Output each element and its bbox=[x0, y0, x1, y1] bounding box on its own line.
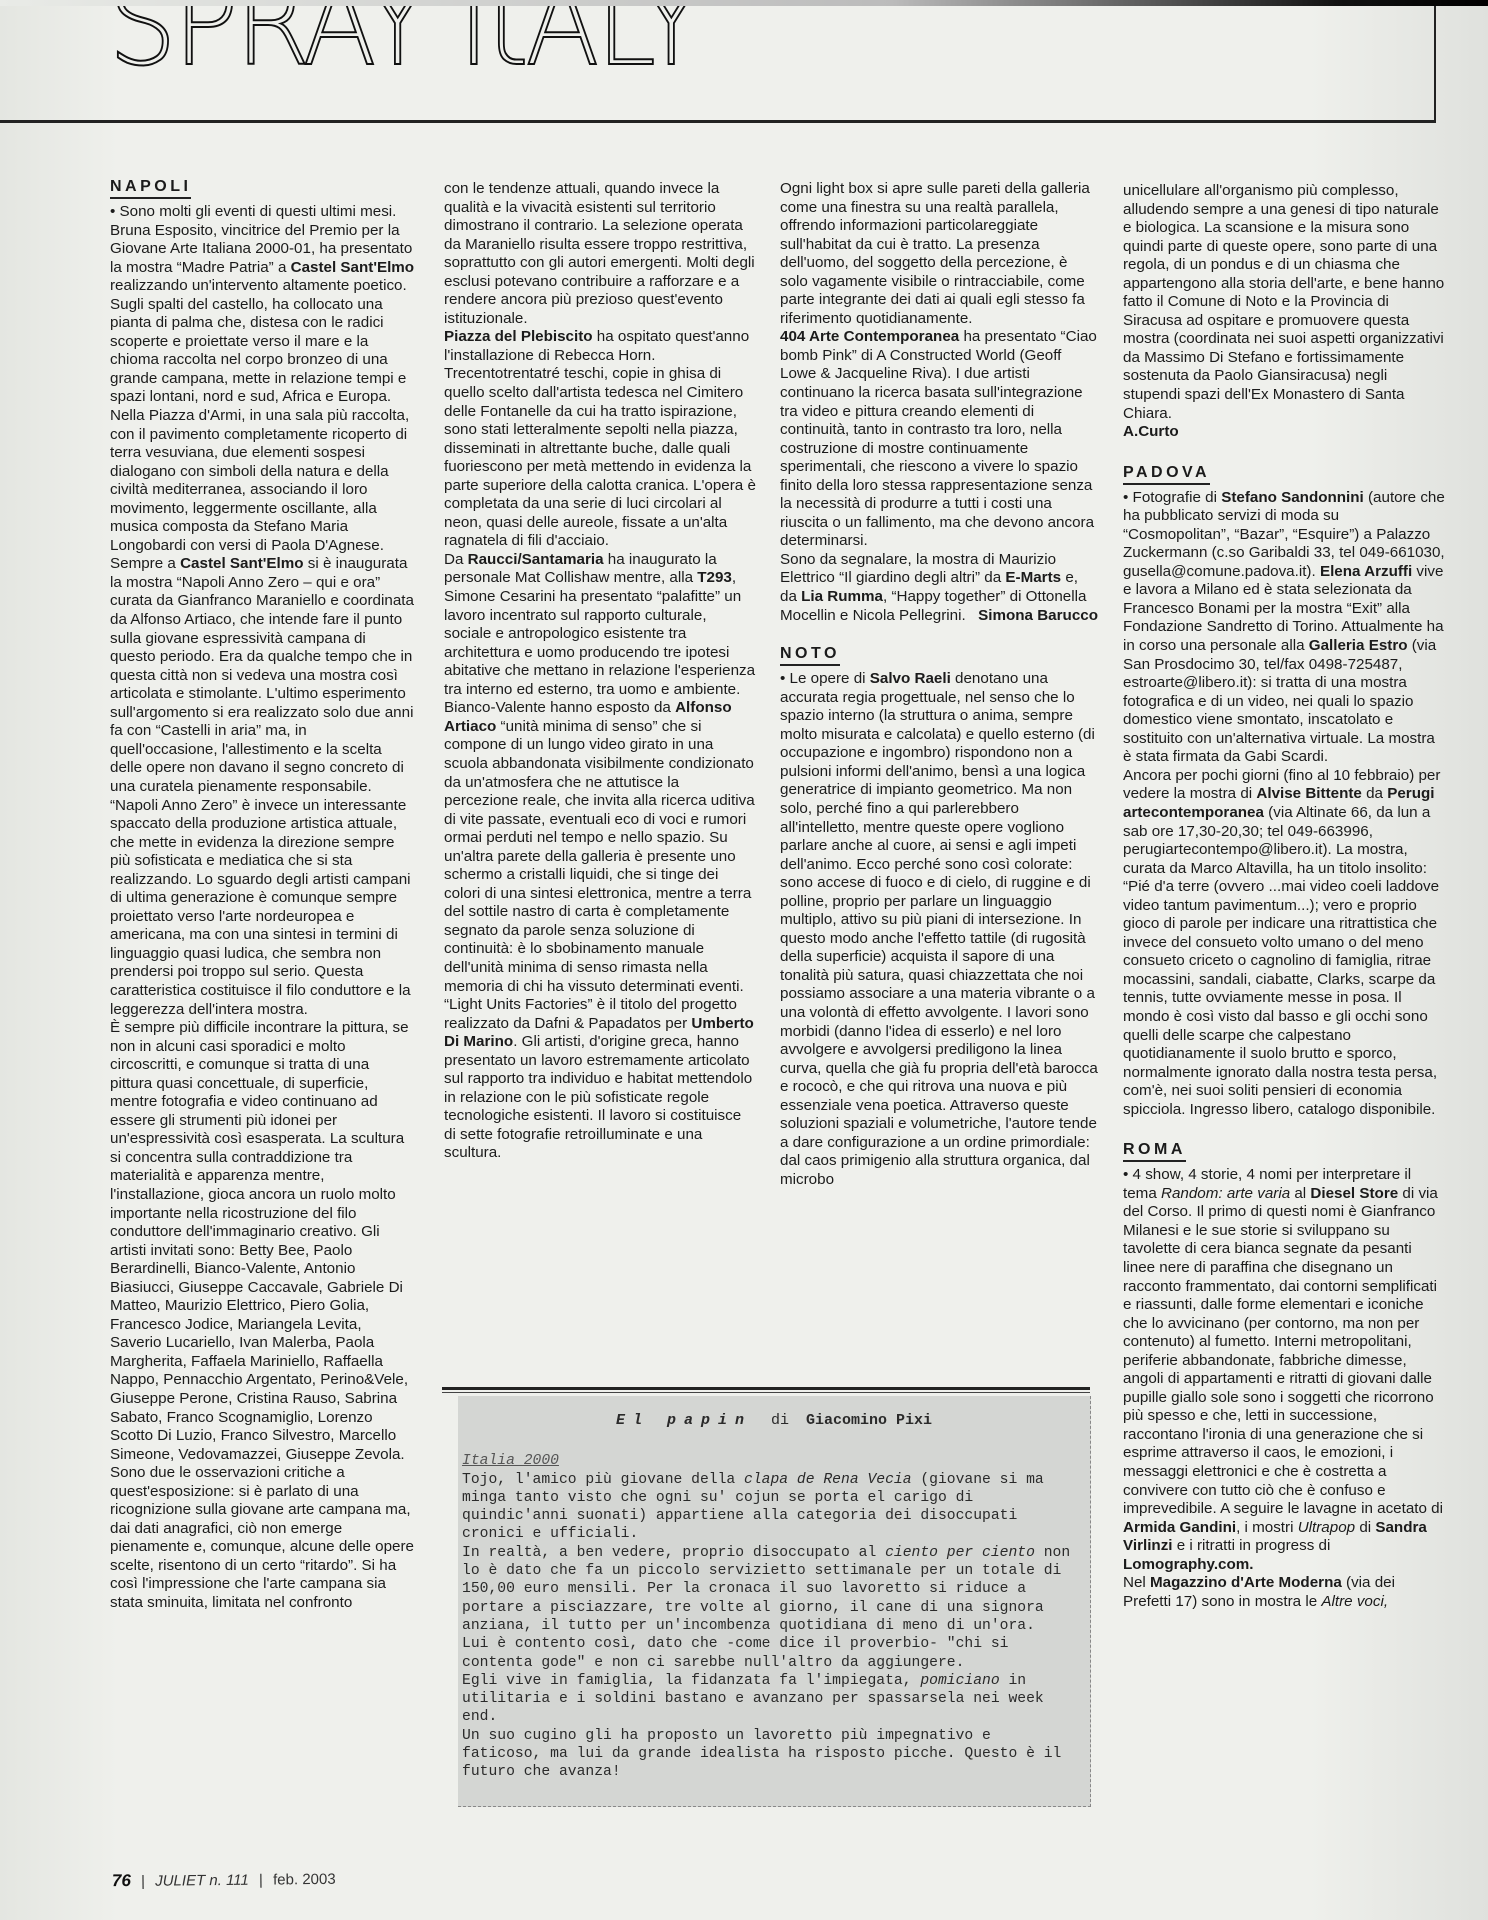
bold-text: Alvise Bittente bbox=[1256, 785, 1362, 802]
italic-text: Random: arte varia bbox=[1161, 1185, 1290, 1202]
paragraph: È sempre più difficile incontrare la pit… bbox=[110, 1019, 415, 1613]
paragraph: Ogni light box si apre sulle pareti dell… bbox=[780, 180, 1098, 328]
bold-text: Castel Sant'Elmo bbox=[291, 259, 414, 276]
bold-text: Piazza del Plebiscito bbox=[444, 328, 593, 345]
napoli-author-signature: Simona Barucco bbox=[978, 607, 1098, 626]
bold-text: Galleria Estro bbox=[1309, 637, 1408, 654]
section-heading-padova: PADOVA bbox=[1123, 464, 1210, 485]
column-2: con le tendenze attuali, quando invece l… bbox=[444, 180, 756, 1163]
paragraph: • Sono molti gli eventi di questi ultimi… bbox=[110, 203, 415, 555]
issue-date: feb. 2003 bbox=[273, 1871, 336, 1889]
bold-text: Lia Rumma bbox=[801, 588, 883, 605]
paragraph: • Le opere di Salvo Raeli denotano una a… bbox=[780, 670, 1098, 1189]
section-heading-noto: NOTO bbox=[780, 645, 840, 666]
page-folio: 76 | JULIET n. 111 | feb. 2003 bbox=[112, 1869, 336, 1891]
italic-text: ciento per ciento bbox=[885, 1545, 1035, 1561]
bold-text: Umberto Di Marino bbox=[444, 1015, 754, 1051]
column-4: unicellulare all'organismo più complesso… bbox=[1123, 182, 1445, 1611]
paragraph: Bianco-Valente hanno esposto da Alfonso … bbox=[444, 699, 756, 996]
bold-text: Diesel Store bbox=[1310, 1185, 1398, 1202]
bold-text: Lomography.com. bbox=[1123, 1556, 1254, 1573]
section-heading-napoli: NAPOLI bbox=[110, 178, 191, 199]
sidebox-top-rule bbox=[442, 1387, 1090, 1390]
paragraph: “Napoli Anno Zero” è invece un interessa… bbox=[110, 797, 415, 1020]
bold-text: T293 bbox=[697, 569, 732, 586]
bold-text: Elena Arzuffi bbox=[1320, 563, 1412, 580]
napoli-body-continued: con le tendenze attuali, quando invece l… bbox=[444, 180, 756, 1163]
italic-text: clapa de Rena Vecia bbox=[744, 1472, 911, 1488]
italic-text: Altre voci, bbox=[1321, 1593, 1388, 1610]
paragraph: Piazza del Plebiscito ha ospitato quest'… bbox=[444, 328, 756, 551]
paragraph: In realtà, a ben vedere, proprio disoccu… bbox=[462, 1544, 1078, 1635]
sidebox-top-rule-thin bbox=[442, 1392, 1090, 1393]
column-1: NAPOLI • Sono molti gli eventi di questi… bbox=[110, 178, 415, 1613]
padova-body: • Fotografie di Stefano Sandonnini (auto… bbox=[1123, 489, 1445, 1120]
sidebox-title-main: El papin bbox=[616, 1412, 752, 1429]
paragraph: Un suo cugino gli ha proposto un lavoret… bbox=[462, 1727, 1078, 1782]
paragraph: Lui è contento così, dato che -come dice… bbox=[462, 1635, 1078, 1672]
page-number: 76 bbox=[112, 1871, 131, 1890]
paragraph: unicellulare all'organismo più complesso… bbox=[1123, 182, 1445, 423]
bold-text: E-Marts bbox=[1005, 569, 1061, 586]
paragraph: Ancora per pochi giorni (fino al 10 febb… bbox=[1123, 767, 1445, 1119]
paragraph: Sempre a Castel Sant'Elmo si è inaugurat… bbox=[110, 555, 415, 796]
noto-body-end: unicellulare all'organismo più complesso… bbox=[1123, 182, 1445, 423]
paragraph: “Light Units Factories” è il titolo del … bbox=[444, 996, 756, 1163]
paragraph: 404 Arte Contemporanea ha presentato “Ci… bbox=[780, 328, 1098, 551]
bold-text: Raucci/Santamaria bbox=[468, 551, 604, 568]
italic-text: Ultrapop bbox=[1298, 1519, 1355, 1536]
paragraph: • Fotografie di Stefano Sandonnini (auto… bbox=[1123, 489, 1445, 767]
bold-text: Stefano Sandonnini bbox=[1221, 489, 1364, 506]
bold-text: Armida Gandini bbox=[1123, 1519, 1236, 1536]
bold-text: 404 Arte Contemporanea bbox=[780, 328, 959, 345]
bold-text: Alfonso Artiaco bbox=[444, 699, 732, 735]
noto-author-signature: A.Curto bbox=[1123, 423, 1445, 442]
paragraph: Nel Magazzino d'Arte Moderna (via dei Pr… bbox=[1123, 1574, 1445, 1611]
napoli-body: • Sono molti gli eventi di questi ultimi… bbox=[110, 203, 415, 1613]
magazine-issue: JULIET n. 111 bbox=[155, 1872, 249, 1890]
italic-text: pomiciano bbox=[920, 1673, 999, 1689]
page-top-edge bbox=[0, 0, 1488, 6]
bold-text: Castel Sant'Elmo bbox=[180, 555, 303, 572]
bold-text: Salvo Raeli bbox=[870, 670, 951, 687]
sidebox-title: El papin di Giacomino Pixi bbox=[458, 1412, 1090, 1430]
paragraph: • 4 show, 4 storie, 4 nomi per interpret… bbox=[1123, 1166, 1445, 1574]
masthead-title: SPRAY ItALY bbox=[108, 0, 701, 92]
masthead-frame: SPRAY ItALY bbox=[0, 0, 1436, 123]
paragraph: Da Raucci/Santamaria ha inaugurato la pe… bbox=[444, 551, 756, 699]
column-3: Ogni light box si apre sulle pareti dell… bbox=[780, 180, 1098, 1189]
folio-separator-2: | bbox=[259, 1872, 263, 1889]
sidebox-author: Giacomino Pixi bbox=[806, 1412, 932, 1429]
paragraph: con le tendenze attuali, quando invece l… bbox=[444, 180, 756, 328]
folio-separator: | bbox=[141, 1873, 145, 1890]
paragraph: Tojo, l'amico più giovane della clapa de… bbox=[462, 1471, 1078, 1544]
napoli-body-end: Ogni light box si apre sulle pareti dell… bbox=[780, 180, 1098, 625]
noto-body: • Le opere di Salvo Raeli denotano una a… bbox=[780, 670, 1098, 1189]
paragraph: Egli vive in famiglia, la fidanzata fa l… bbox=[462, 1672, 1078, 1727]
sidebox-text: Tojo, l'amico più giovane della clapa de… bbox=[462, 1471, 1078, 1782]
section-heading-roma: ROMA bbox=[1123, 1141, 1186, 1162]
sidebox-title-by: di bbox=[771, 1412, 789, 1429]
sidebox-subtitle: Italia 2000 bbox=[462, 1452, 1078, 1470]
sidebox-body: Italia 2000 Tojo, l'amico più giovane de… bbox=[458, 1452, 1090, 1781]
sidebar-column-el-papin: El papin di Giacomino Pixi Italia 2000 T… bbox=[458, 1396, 1091, 1807]
roma-body: • 4 show, 4 storie, 4 nomi per interpret… bbox=[1123, 1166, 1445, 1611]
bold-text: Magazzino d'Arte Moderna bbox=[1150, 1574, 1342, 1591]
